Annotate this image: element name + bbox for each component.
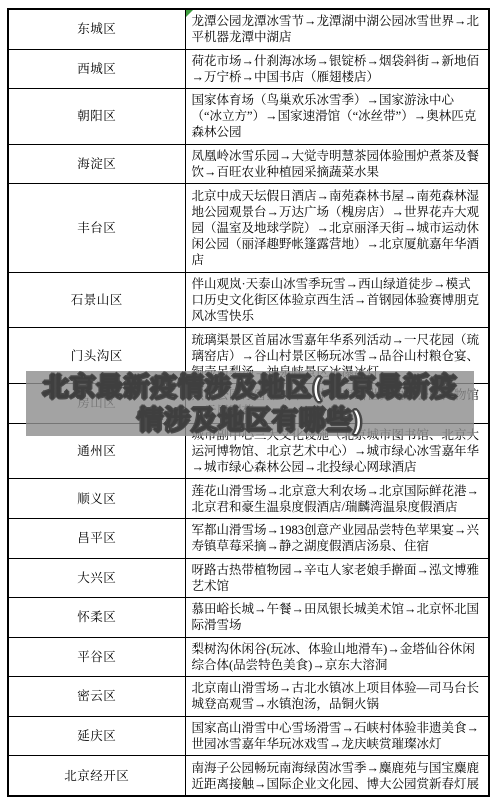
itinerary-cell: 国家体育场（鸟巢欢乐冰雪季）→国家游泳中心（“冰立方”）→国家速滑馆（“冰丝带”…	[185, 89, 489, 145]
watermark-title-band: 北京最新疫情涉及地区(北京最新疫 情涉及地区有哪些)	[26, 371, 474, 436]
district-cell: 丰台区	[8, 184, 185, 272]
table-row: 海淀区 凤凰岭冰雪乐园→大觉寺明慧茶园体验围炉煮茶及餐饮→百旺农业种植园采摘蔬菜…	[8, 144, 489, 184]
district-cell: 密云区	[8, 677, 185, 717]
table-row: 延庆区 国家高山滑雪中心雪场滑雪→石峡村体验非遗美食→世园冰雪嘉年华玩冰戏雪→龙…	[8, 716, 489, 756]
table-row: 朝阳区 国家体育场（鸟巢欢乐冰雪季）→国家游泳中心（“冰立方”）→国家速滑馆（“…	[8, 89, 489, 145]
table-row: 东城区 龙潭公园龙潭冰雪节→龙潭湖中湖公园冰雪世界→北平机器龙潭中湖店	[8, 9, 489, 49]
district-cell: 海淀区	[8, 144, 185, 184]
itinerary-cell: 北京南山滑雪场→古北水镇冰上项目体验—司马台长城登高观雪→水镇泡汤，品铜火锅	[185, 677, 489, 717]
itinerary-cell: 梨树沟休闲谷(玩冰、体验山地滑车)→金塔仙谷休闲综合体(品尝特色美食)→京东大溶…	[185, 637, 489, 677]
district-cell: 顺义区	[8, 479, 185, 519]
district-cell: 东城区	[8, 9, 185, 49]
district-cell: 石景山区	[8, 272, 185, 328]
district-cell: 平谷区	[8, 637, 185, 677]
itinerary-cell: 军都山滑雪场→1983创意产业园品尝特色苹果宴→兴寿镇草莓采摘→静之湖度假酒店汤…	[185, 519, 489, 559]
itinerary-cell: 慕田峪长城→午餐→田凤银长城美术馆→北京怀北国际滑雪场	[185, 598, 489, 638]
itinerary-cell: 国家高山滑雪中心雪场滑雪→石峡村体验非遗美食→世园冰雪嘉年华玩冰戏雪→龙庆峡赏璀…	[185, 716, 489, 756]
district-cell: 昌平区	[8, 519, 185, 559]
table-row: 顺义区 莲花山滑雪场→北京意大利农场→北京国际鲜花港→北京君和豪生温泉度假酒店/…	[8, 479, 489, 519]
itinerary-cell: 荷花市场→什刹海冰场→银锭桥→烟袋斜街→新地佰→万宁桥→中国书店（雁翅楼店）	[185, 49, 489, 89]
itinerary-cell: 凤凰岭冰雪乐园→大觉寺明慧茶园体验围炉煮茶及餐饮→百旺农业种植园采摘蔬菜水果	[185, 144, 489, 184]
itinerary-text: 龙潭公园龙潭冰雪节→龙潭湖中湖公园冰雪世界→北平机器龙潭中湖店	[192, 14, 480, 44]
district-cell: 延庆区	[8, 716, 185, 756]
itinerary-cell: 南海子公园畅玩南海绿茵冰雪季→麋鹿苑与国宝麋鹿近距离接触→国际企业文化园、博大公…	[185, 756, 489, 796]
watermark-title-line2: 情涉及地区有哪些)	[137, 404, 363, 437]
district-cell: 西城区	[8, 49, 185, 89]
itinerary-cell: 北京中成天坛假日酒店→南苑森林书屋→南苑森林湿地公园观景台→万达广场（槐房店）→…	[185, 184, 489, 272]
table-row: 大兴区 呀路古热带植物园→辛屯人家老娘手擀面→泓文博雅艺术馆	[8, 558, 489, 598]
article-page: 东城区 龙潭公园龙潭冰雪节→龙潭湖中湖公园冰雪世界→北平机器龙潭中湖店 西城区 …	[0, 0, 500, 802]
table-row: 平谷区 梨树沟休闲谷(玩冰、体验山地滑车)→金塔仙谷休闲综合体(品尝特色美食)→…	[8, 637, 489, 677]
district-cell: 大兴区	[8, 558, 185, 598]
itinerary-cell: 龙潭公园龙潭冰雪节→龙潭湖中湖公园冰雪世界→北平机器龙潭中湖店	[185, 9, 489, 49]
district-cell: 怀柔区	[8, 598, 185, 638]
table-row: 石景山区 伴山观岚·天泰山冰雪季玩雪→西山绿道徒步→模式口历史文化街区体验京西生…	[8, 272, 489, 328]
itinerary-cell: 伴山观岚·天泰山冰雪季玩雪→西山绿道徒步→模式口历史文化街区体验京西生活→首钢园…	[185, 272, 489, 328]
cell-corner-flag-icon	[186, 10, 193, 17]
itinerary-cell: 呀路古热带植物园→辛屯人家老娘手擀面→泓文博雅艺术馆	[185, 558, 489, 598]
table-row: 北京经开区 南海子公园畅玩南海绿茵冰雪季→麋鹿苑与国宝麋鹿近距离接触→国际企业文…	[8, 756, 489, 796]
table-row: 丰台区 北京中成天坛假日酒店→南苑森林书屋→南苑森林湿地公园观景台→万达广场（槐…	[8, 184, 489, 272]
district-cell: 北京经开区	[8, 756, 185, 796]
district-cell: 朝阳区	[8, 89, 185, 145]
itinerary-cell: 莲花山滑雪场→北京意大利农场→北京国际鲜花港→北京君和豪生温泉度假酒店/瑞麟湾温…	[185, 479, 489, 519]
table-row: 密云区 北京南山滑雪场→古北水镇冰上项目体验—司马台长城登高观雪→水镇泡汤，品铜…	[8, 677, 489, 717]
table-row: 西城区 荷花市场→什刹海冰场→银锭桥→烟袋斜街→新地佰→万宁桥→中国书店（雁翅楼…	[8, 49, 489, 89]
table-row: 怀柔区 慕田峪长城→午餐→田凤银长城美术馆→北京怀北国际滑雪场	[8, 598, 489, 638]
table-row: 昌平区 军都山滑雪场→1983创意产业园品尝特色苹果宴→兴寿镇草莓采摘→静之湖度…	[8, 519, 489, 559]
watermark-title-line1: 北京最新疫情涉及地区(北京最新疫	[43, 371, 458, 404]
